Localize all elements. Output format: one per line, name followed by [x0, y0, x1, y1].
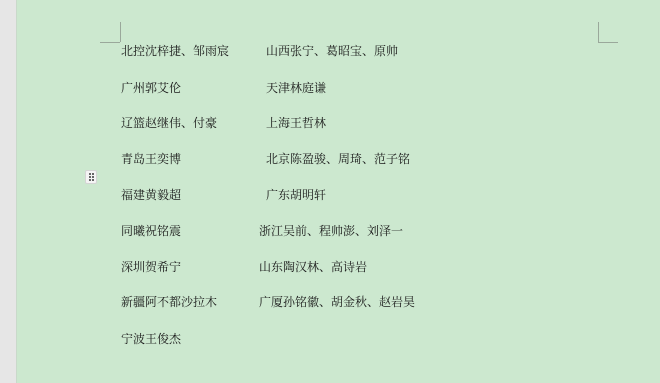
table-cell-right: 广厦孙铭徽、胡金秋、赵岩昊	[259, 295, 415, 309]
table-cell-right: 山西张宁、葛昭宝、原帅	[266, 44, 398, 58]
table-cell-right: 山东陶汉林、高诗岩	[259, 260, 367, 274]
table-cell-left: 辽篮赵继伟、付豪	[121, 116, 217, 130]
table-cell-right: 广东胡明轩	[266, 188, 326, 202]
left-margin-gutter	[0, 0, 17, 383]
table-cell-left: 广州郭艾伦	[121, 81, 181, 95]
table-cell-right: 上海王哲林	[266, 116, 326, 130]
table-cell-left: 新疆阿不都沙拉木	[121, 295, 217, 309]
table-cell-left: 深圳贺希宁	[121, 260, 181, 274]
margin-corner-mark-top-left	[100, 42, 120, 43]
table-cell-left: 北控沈梓捷、邹雨宸	[121, 44, 229, 58]
table-cell-left: 同曦祝铭震	[121, 224, 181, 238]
table-cell-right: 浙江吴前、程帅澎、刘泽一	[259, 224, 403, 238]
table-move-handle-icon[interactable]	[85, 170, 97, 184]
table-cell-left: 宁波王俊杰	[121, 332, 181, 346]
table-cell-left: 青岛王奕博	[121, 152, 181, 166]
table-cell-right: 天津林庭谦	[266, 81, 326, 95]
margin-corner-mark-top-left	[120, 22, 121, 42]
table-cell-right: 北京陈盈骏、周琦、范子铭	[266, 152, 410, 166]
table-cell-left: 福建黄毅超	[121, 188, 181, 202]
margin-corner-mark-top-right	[598, 22, 599, 42]
margin-corner-mark-top-right	[598, 42, 618, 43]
